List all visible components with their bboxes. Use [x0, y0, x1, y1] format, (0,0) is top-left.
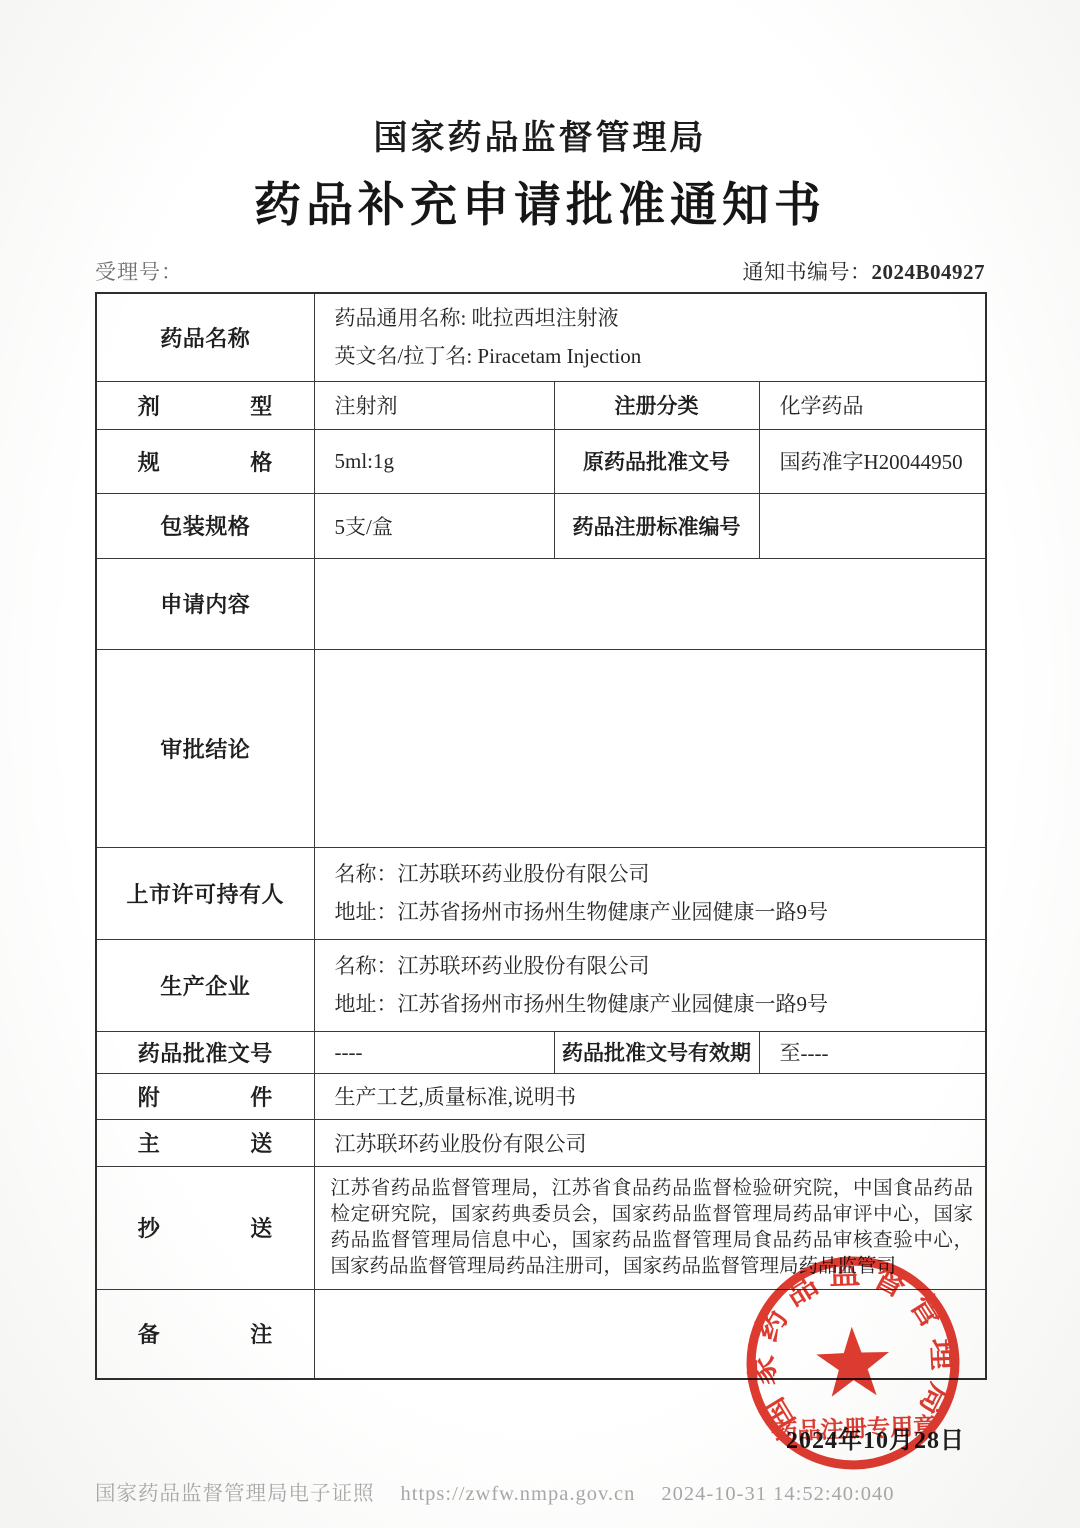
table-row-license-holder: 上市许可持有人 名称：江苏联环药业股份有限公司 地址：江苏省扬州市扬州生物健康产…: [96, 847, 986, 939]
english-name: 英文名/拉丁名: Piracetam Injection: [335, 337, 978, 375]
row-label: 剂 型: [96, 381, 314, 429]
notice-number: 通知书编号：2024B04927: [742, 256, 985, 286]
row-value: 生产工艺,质量标准,说明书: [314, 1073, 986, 1119]
row-value: 江苏联环药业股份有限公司: [314, 1119, 986, 1166]
table-row-main-recipient: 主 送 江苏联环药业股份有限公司: [96, 1119, 986, 1166]
holder-name: 名称：江苏联环药业股份有限公司: [335, 855, 978, 893]
table-row-manufacturer: 生产企业 名称：江苏联环药业股份有限公司 地址：江苏省扬州市扬州生物健康产业园健…: [96, 939, 986, 1031]
row-label: 生产企业: [96, 939, 314, 1031]
row-value-2: [759, 493, 986, 558]
row-value: 5支/盒: [314, 493, 554, 558]
manufacturer-name: 名称：江苏联环药业股份有限公司: [335, 947, 978, 985]
row-label: 备 注: [96, 1289, 314, 1379]
row-label: 上市许可持有人: [96, 847, 314, 939]
table-row-drug-name: 药品名称 药品通用名称: 吡拉西坦注射液 英文名/拉丁名: Piracetam …: [96, 293, 986, 381]
official-seal: 国家药品监督管理局 药品注册专用章: [738, 1248, 968, 1478]
row-value: 药品通用名称: 吡拉西坦注射液 英文名/拉丁名: Piracetam Injec…: [314, 293, 986, 381]
row-label: 规 格: [96, 429, 314, 493]
row-label-2: 原药品批准文号: [554, 429, 759, 493]
table-row-approval-number: 药品批准文号 ---- 药品批准文号有效期 至----: [96, 1031, 986, 1073]
document-page: 国家药品监督管理局 药品补充申请批准通知书 受理号： 通知书编号：2024B04…: [0, 0, 1080, 1528]
notice-number-value: 2024B04927: [871, 260, 985, 284]
row-label-2: 药品批准文号有效期: [554, 1031, 759, 1073]
row-value-2: 化学药品: [759, 381, 986, 429]
generic-name: 药品通用名称: 吡拉西坦注射液: [335, 299, 978, 337]
footer-certificate-line: 国家药品监督管理局电子证照https://zwfw.nmpa.gov.cn202…: [95, 1476, 1025, 1506]
table-row-dosage-form: 剂 型 注射剂 注册分类 化学药品: [96, 381, 986, 429]
row-label: 抄 送: [96, 1166, 314, 1289]
row-value: ----: [314, 1031, 554, 1073]
holder-address: 地址：江苏省扬州市扬州生物健康产业园健康一路9号: [335, 893, 978, 931]
notice-number-label: 通知书编号：: [742, 260, 871, 284]
approval-table: 药品名称 药品通用名称: 吡拉西坦注射液 英文名/拉丁名: Piracetam …: [95, 292, 987, 1380]
table-row-package: 包装规格 5支/盒 药品注册标准编号: [96, 493, 986, 558]
footer-cert-label: 国家药品监督管理局电子证照: [95, 1483, 375, 1505]
seal-bottom-text: 药品注册专用章: [774, 1413, 937, 1446]
row-label: 附 件: [96, 1073, 314, 1119]
table-row-specification: 规 格 5ml:1g 原药品批准文号 国药准字H20044950: [96, 429, 986, 493]
row-value: 名称：江苏联环药业股份有限公司 地址：江苏省扬州市扬州生物健康产业园健康一路9号: [314, 847, 986, 939]
row-label-2: 注册分类: [554, 381, 759, 429]
agency-title: 国家药品监督管理局: [0, 110, 1080, 159]
row-value: [314, 649, 986, 847]
row-value-2: 至----: [759, 1031, 986, 1073]
row-label: 申请内容: [96, 558, 314, 649]
row-value: 5ml:1g: [314, 429, 554, 493]
row-label-2: 药品注册标准编号: [554, 493, 759, 558]
table-row-attachments: 附 件 生产工艺,质量标准,说明书: [96, 1073, 986, 1119]
row-label: 药品批准文号: [96, 1031, 314, 1073]
document-title: 药品补充申请批准通知书: [0, 168, 1080, 235]
row-value-2: 国药准字H20044950: [759, 429, 986, 493]
row-value: 注射剂: [314, 381, 554, 429]
row-label: 药品名称: [96, 293, 314, 381]
manufacturer-address: 地址：江苏省扬州市扬州生物健康产业园健康一路9号: [335, 985, 978, 1023]
footer-timestamp: 2024-10-31 14:52:40:040: [661, 1483, 894, 1505]
star-icon: [815, 1325, 890, 1397]
info-line: 受理号： 通知书编号：2024B04927: [95, 256, 985, 288]
row-label: 主 送: [96, 1119, 314, 1166]
row-value: 名称：江苏联环药业股份有限公司 地址：江苏省扬州市扬州生物健康产业园健康一路9号: [314, 939, 986, 1031]
table-row-application-content: 申请内容: [96, 558, 986, 649]
footer-url: https://zwfw.nmpa.gov.cn: [401, 1483, 636, 1505]
row-value: [314, 558, 986, 649]
row-label: 审批结论: [96, 649, 314, 847]
acceptance-number-label: 受理号：: [95, 256, 183, 286]
row-label: 包装规格: [96, 493, 314, 558]
table-row-approval-conclusion: 审批结论: [96, 649, 986, 847]
